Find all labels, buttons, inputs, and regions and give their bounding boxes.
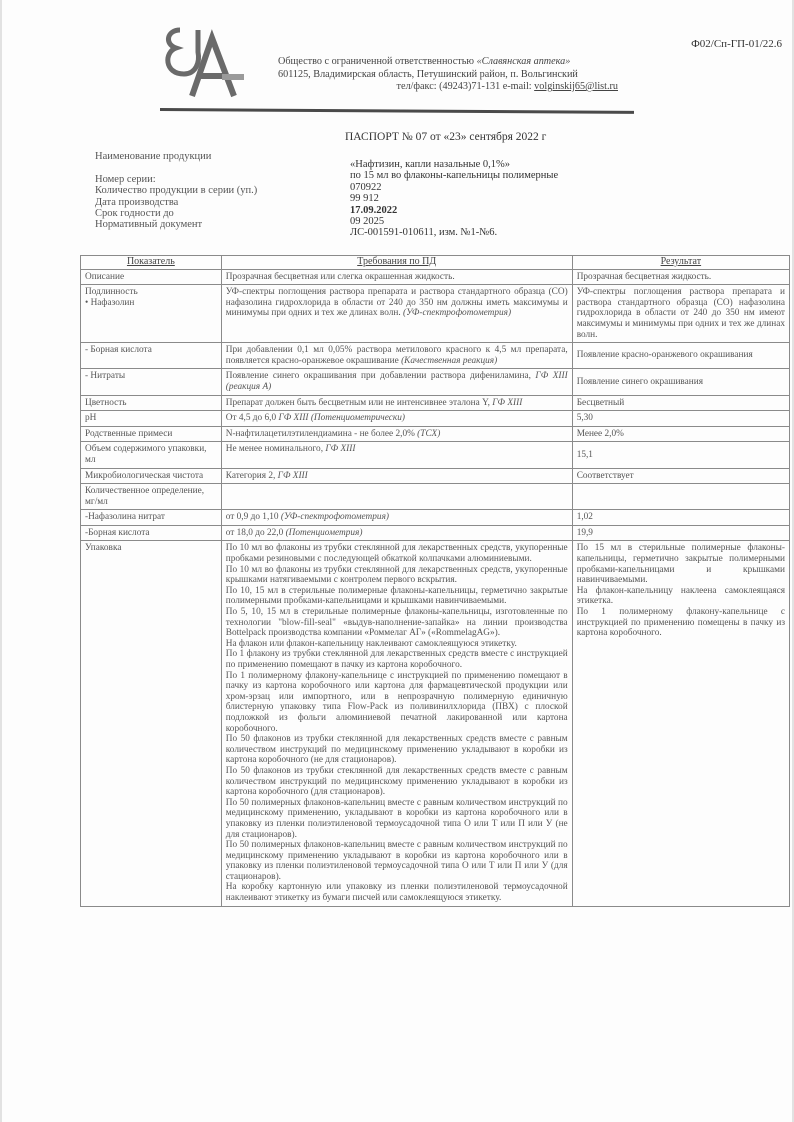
- cell-result: 1,02: [572, 510, 789, 526]
- cell-indicator: Микробиологическая чистота: [81, 468, 222, 484]
- method-reference: (Качественная реакция): [401, 356, 497, 366]
- table-row: -Нафазолина нитратот 0,9 до 1,10 (УФ-спе…: [81, 510, 790, 526]
- cell-requirement: Появление синего окрашивания при добавле…: [221, 369, 572, 395]
- cell-requirement: УФ-спектры поглощения раствора препарата…: [221, 285, 572, 343]
- batch-quantity: 99 912: [350, 193, 558, 204]
- cell-indicator: pH: [81, 411, 222, 427]
- passport-field-labels: Наименование продукции Номер серии: Коли…: [95, 151, 257, 231]
- table-row: Количественное определение, мг/мл: [81, 484, 790, 510]
- header-divider: [160, 108, 634, 114]
- packaging-requirement-paragraph: По 10, 15 мл в стерильные полимерные фла…: [226, 586, 568, 607]
- cell-result: Бесцветный: [572, 395, 789, 411]
- cell-requirement: от 0,9 до 1,10 (УФ-спектрофотометрия): [221, 510, 572, 526]
- cell-requirement: N-нафтилацетилэтилендиамина - не более 2…: [221, 426, 572, 442]
- cell-indicator: Количественное определение, мг/мл: [81, 484, 222, 510]
- field-label: Наименование продукции: [95, 151, 257, 162]
- requirement-text: N-нафтилацетилэтилендиамина - не более 2…: [226, 429, 415, 439]
- passport-title: ПАСПОРТ № 07 от «23» сентября 2022 г: [345, 131, 546, 143]
- method-reference: (УФ-спектрофотометрия): [281, 512, 389, 522]
- cell-indicator: Цветность: [81, 395, 222, 411]
- packaging-requirement-paragraph: По 1 полимерному флакону-капельнице с ин…: [226, 671, 568, 735]
- cell-result: Появление синего окрашивания: [572, 369, 789, 395]
- table-row: pHОт 4,5 до 6,0 ГФ XIII (Потенциометриче…: [81, 411, 790, 427]
- field-label: Номер серии:: [95, 174, 257, 185]
- organization-brand: «Славянская аптека»: [477, 56, 571, 67]
- table-row: - НитратыПоявление синего окрашивания пр…: [81, 369, 790, 395]
- passport-field-values: «Нафтизин, капли назальные 0,1%» по 15 м…: [350, 159, 558, 239]
- column-header-indicator: Показатель: [81, 256, 222, 270]
- form-code: Ф02/Сп-ГП-01/22.6: [691, 38, 782, 50]
- packaging-requirement-paragraph: По 50 флаконов из трубки стеклянной для …: [226, 734, 568, 766]
- packaging-requirement-paragraph: По 10 мл во флаконы из трубки стеклянной…: [226, 543, 568, 564]
- cell-indicator: Родственные примеси: [81, 426, 222, 442]
- requirement-text: от 0,9 до 1,10: [226, 512, 279, 522]
- requirement-text: От 4,5 до 6,0: [226, 413, 276, 423]
- packaging-requirement-paragraph: По 50 полимерных флаконов-капельниц вмес…: [226, 798, 568, 840]
- cell-indicator: Упаковка: [81, 541, 222, 906]
- organization-name: Общество с ограниченной ответственностью…: [278, 56, 618, 69]
- organization-block: Общество с ограниченной ответственностью…: [278, 56, 618, 94]
- cell-requirement: Не менее номинального, ГФ XIII: [221, 442, 572, 468]
- packaging-requirement-paragraph: По 10 мл во флаконы из трубки стеклянной…: [226, 565, 568, 586]
- cell-result: По 15 мл в стерильные полимерные флаконы…: [572, 541, 789, 906]
- packaging-requirement-paragraph: По 50 флаконов из трубки стеклянной для …: [226, 766, 568, 798]
- cell-result: Появление красно-оранжевого окрашивания: [572, 343, 789, 369]
- column-header-requirements: Требования по ПД: [221, 256, 572, 270]
- cell-result: УФ-спектры поглощения раствора препарата…: [572, 285, 789, 343]
- table-row: Объем содержимого упаковки, млНе менее н…: [81, 442, 790, 468]
- method-reference: ГФ XIII (Потенциометрически): [278, 413, 405, 423]
- document-page: Ф02/Сп-ГП-01/22.6 Общество с ограниченно…: [0, 0, 794, 1122]
- table-row: ОписаниеПрозрачная бесцветная или слегка…: [81, 269, 790, 285]
- organization-contacts: тел/факс: (49243)71-131 e-mail: volginsk…: [278, 81, 618, 94]
- method-reference: (ТСХ): [417, 429, 440, 439]
- table-row: -Борная кислотаот 18,0 до 22,0 (Потенцио…: [81, 525, 790, 541]
- field-label: Количество продукции в серии (уп.): [95, 185, 257, 196]
- packaging-requirement-paragraph: На коробку картонную или упаковку из пле…: [226, 882, 568, 903]
- cell-indicator: Описание: [81, 269, 222, 285]
- cell-result: 19,9: [572, 525, 789, 541]
- packaging-result-paragraph: По 15 мл в стерильные полимерные флаконы…: [577, 543, 785, 585]
- method-reference: ГФ XIII: [278, 471, 308, 481]
- requirement-text: Прозрачная бесцветная или слегка окрашен…: [226, 272, 455, 282]
- column-header-result: Результат: [572, 256, 789, 270]
- table-row: - Борная кислотаПри добавлении 0,1 мл 0,…: [81, 343, 790, 369]
- cell-result: Соответствует: [572, 468, 789, 484]
- batch-number: 070922: [350, 182, 558, 193]
- requirement-text: от 18,0 до 22,0: [226, 528, 283, 538]
- requirement-text: УФ-спектры поглощения раствора препарата…: [226, 287, 568, 318]
- cell-requirement: От 4,5 до 6,0 ГФ XIII (Потенциометрическ…: [221, 411, 572, 427]
- cell-indicator: - Нитраты: [81, 369, 222, 395]
- cell-result: Менее 2,0%: [572, 426, 789, 442]
- method-reference: (УФ-спектрофотометрия): [403, 308, 511, 318]
- cell-requirement: При добавлении 0,1 мл 0,05% раствора мет…: [221, 343, 572, 369]
- table-row-packaging: УпаковкаПо 10 мл во флаконы из трубки ст…: [81, 541, 790, 906]
- table-body: ОписаниеПрозрачная бесцветная или слегка…: [81, 269, 790, 906]
- packaging-result-paragraph: По 1 полимерному флакону-капельнице с ин…: [577, 607, 785, 639]
- cell-result: 15,1: [572, 442, 789, 468]
- requirement-text: При добавлении 0,1 мл 0,05% раствора мет…: [226, 345, 568, 366]
- table-row: Подлинность • НафазолинУФ-спектры поглощ…: [81, 285, 790, 343]
- requirement-text: Появление синего окрашивания при добавле…: [226, 371, 531, 381]
- quality-table: Показатель Требования по ПД Результат Оп…: [80, 255, 790, 907]
- product-name: «Нафтизин, капли назальные 0,1%»: [350, 159, 558, 170]
- cell-result: [572, 484, 789, 510]
- cell-requirement: Категория 2, ГФ XIII: [221, 468, 572, 484]
- field-label: Дата производства: [95, 197, 257, 208]
- expiry-date: 09 2025: [350, 216, 558, 227]
- organization-address: 601125, Владимирская область, Петушински…: [278, 69, 618, 82]
- table-row: Микробиологическая чистотаКатегория 2, Г…: [81, 468, 790, 484]
- cell-result: 5,30: [572, 411, 789, 427]
- cell-requirement: Препарат должен быть бесцветным или не и…: [221, 395, 572, 411]
- cell-indicator: -Борная кислота: [81, 525, 222, 541]
- packaging-result-paragraph: На флакон-капельницу наклеена самоклеяща…: [577, 586, 785, 607]
- table-header-row: Показатель Требования по ПД Результат: [81, 256, 790, 270]
- requirement-text: Препарат должен быть бесцветным или не и…: [226, 398, 490, 408]
- method-reference: ГФ XIII: [492, 398, 522, 408]
- product-form: по 15 мл во флаконы-капельницы полимерны…: [350, 170, 558, 181]
- company-logo-icon: [162, 22, 262, 102]
- cell-requirement: По 10 мл во флаконы из трубки стеклянной…: [221, 541, 572, 906]
- packaging-requirement-paragraph: По 1 флакону из трубки стеклянной для ле…: [226, 649, 568, 670]
- cell-indicator: Подлинность • Нафазолин: [81, 285, 222, 343]
- packaging-requirement-paragraph: На флакон или флакон-капельницу наклеива…: [226, 639, 568, 650]
- regulatory-document: ЛС-001591-010611, изм. №1-№6.: [350, 227, 558, 238]
- requirement-text: Категория 2,: [226, 471, 276, 481]
- cell-indicator: Объем содержимого упаковки, мл: [81, 442, 222, 468]
- method-reference: (Потенциометрия): [286, 528, 363, 538]
- field-label: Нормативный документ: [95, 219, 257, 230]
- cell-requirement: [221, 484, 572, 510]
- requirement-text: Не менее номинального,: [226, 444, 323, 454]
- cell-requirement: от 18,0 до 22,0 (Потенциометрия): [221, 525, 572, 541]
- table-row: Родственные примесиN-нафтилацетилэтиленд…: [81, 426, 790, 442]
- email-link[interactable]: volginskij65@list.ru: [534, 81, 618, 92]
- packaging-requirement-paragraph: По 50 полимерных флаконов-капельниц вмес…: [226, 840, 568, 882]
- cell-indicator: -Нафазолина нитрат: [81, 510, 222, 526]
- cell-indicator: - Борная кислота: [81, 343, 222, 369]
- field-label: Срок годности до: [95, 208, 257, 219]
- production-date: 17.09.2022: [350, 205, 558, 216]
- table-row: ЦветностьПрепарат должен быть бесцветным…: [81, 395, 790, 411]
- method-reference: ГФ XIII: [325, 444, 355, 454]
- scan-edge-left: [0, 0, 2, 1122]
- cell-requirement: Прозрачная бесцветная или слегка окрашен…: [221, 269, 572, 285]
- packaging-requirement-paragraph: По 5, 10, 15 мл в стерильные полимерные …: [226, 607, 568, 639]
- cell-result: Прозрачная бесцветная жидкость.: [572, 269, 789, 285]
